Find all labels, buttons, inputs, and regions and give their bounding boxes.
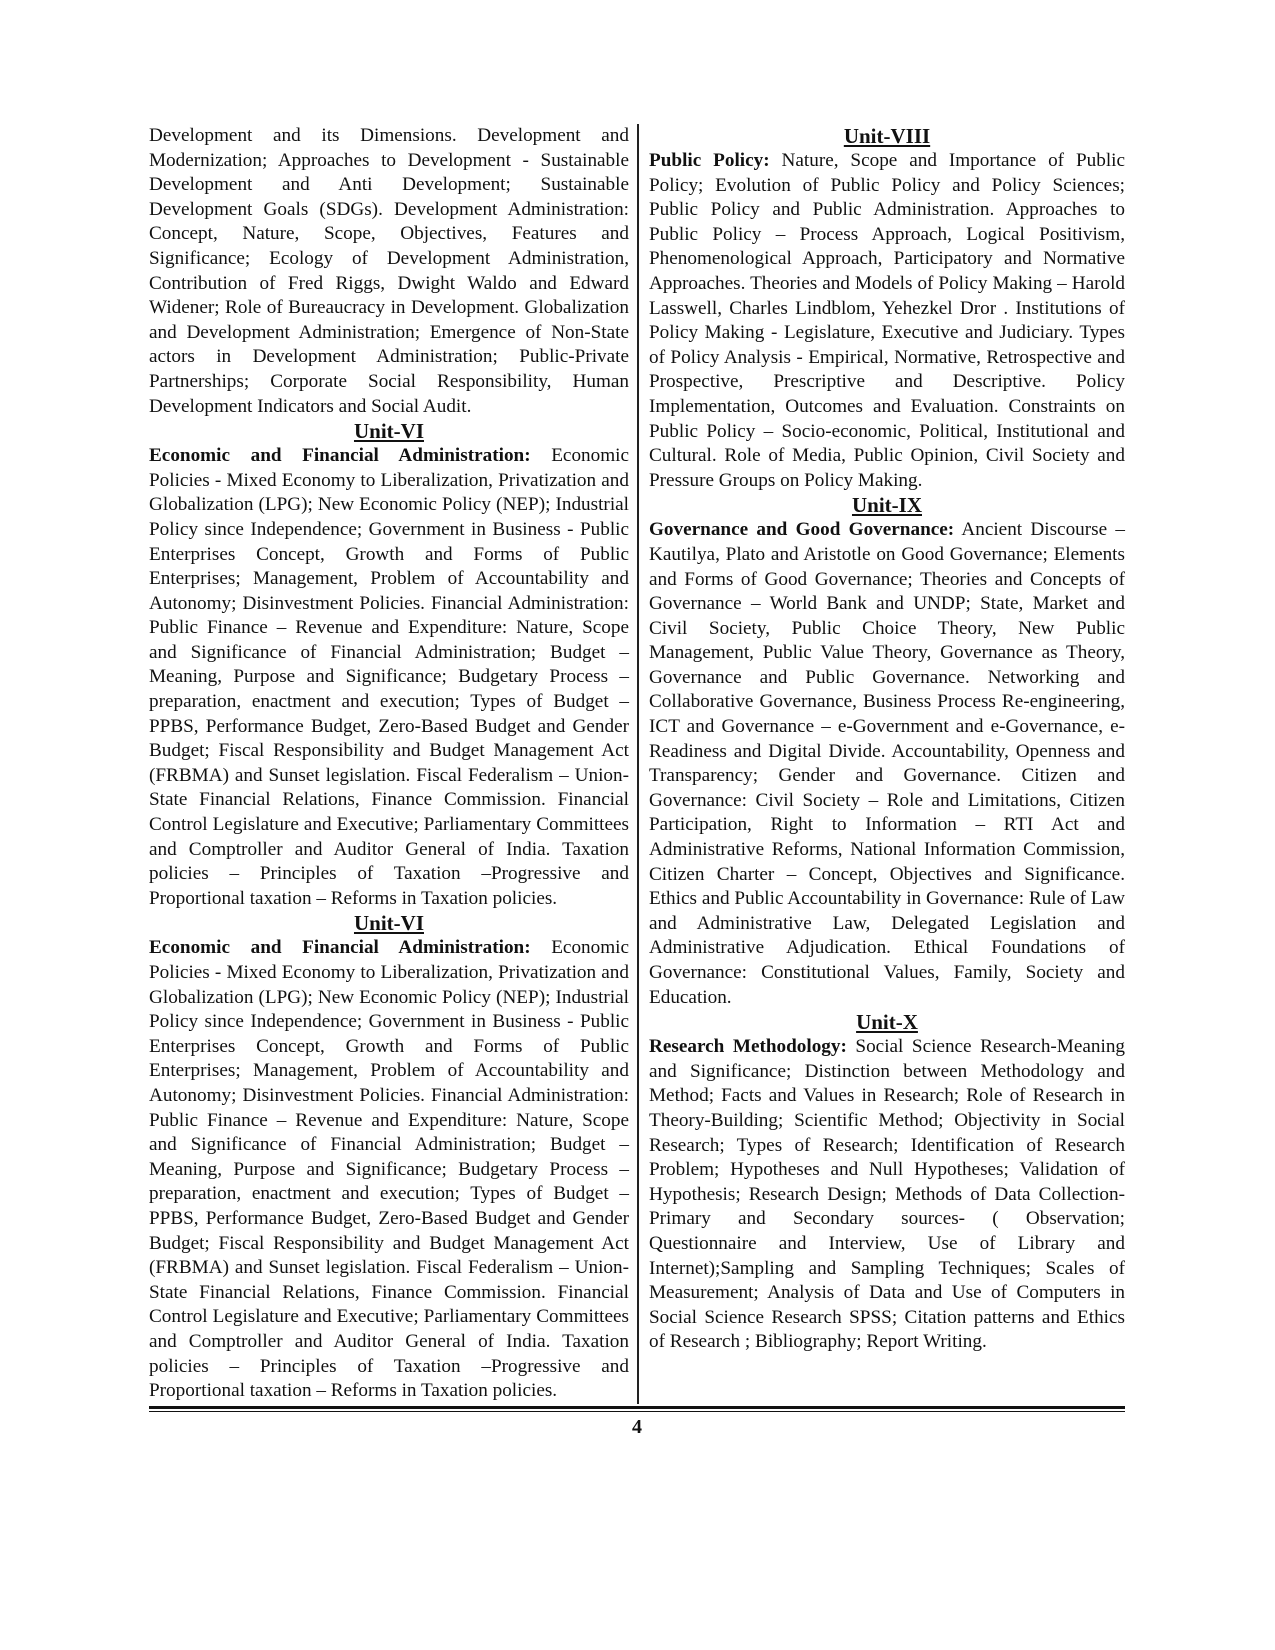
- unit-viii-paragraph: Public Policy: Nature, Scope and Importa…: [649, 149, 1125, 493]
- unit-ix-body: Ancient Discourse – Kautilya, Plato and …: [649, 519, 1125, 1007]
- unit-vi-heading: Unit-VI: [149, 419, 629, 444]
- unit-vi-body: Economic Policies - Mixed Economy to Lib…: [149, 445, 629, 909]
- unit-ix-heading: Unit-IX: [649, 493, 1125, 518]
- unit-x-heading: Unit-X: [649, 1010, 1125, 1035]
- intro-paragraph: Development and its Dimensions. Developm…: [149, 124, 629, 419]
- two-column-layout: Development and its Dimensions. Developm…: [149, 124, 1125, 1404]
- unit-vi-repeat-lead: Economic and Financial Administration:: [149, 937, 531, 958]
- unit-viii-heading: Unit-VIII: [649, 124, 1125, 149]
- unit-x-paragraph: Research Methodology: Social Science Res…: [649, 1035, 1125, 1355]
- unit-x-body: Social Science Research-Meaning and Sign…: [649, 1036, 1125, 1352]
- unit-x-lead: Research Methodology:: [649, 1036, 847, 1057]
- unit-viii-lead: Public Policy:: [649, 150, 770, 171]
- unit-vi-repeat-body: Economic Policies - Mixed Economy to Lib…: [149, 937, 629, 1401]
- unit-vi-repeat-heading: Unit-VI: [149, 911, 629, 936]
- unit-ix-lead: Governance and Good Governance:: [649, 519, 954, 540]
- unit-vi-lead: Economic and Financial Administration:: [149, 445, 531, 466]
- unit-vi-repeat-paragraph: Economic and Financial Administration: E…: [149, 936, 629, 1403]
- footer-divider: [149, 1406, 1125, 1412]
- unit-ix-paragraph: Governance and Good Governance: Ancient …: [649, 518, 1125, 1010]
- right-column: Unit-VIII Public Policy: Nature, Scope a…: [637, 124, 1125, 1404]
- unit-viii-body: Nature, Scope and Importance of Public P…: [649, 150, 1125, 491]
- page-number: 4: [149, 1416, 1125, 1439]
- document-page: Development and its Dimensions. Developm…: [149, 124, 1125, 1439]
- left-column: Development and its Dimensions. Developm…: [149, 124, 637, 1404]
- unit-vi-paragraph: Economic and Financial Administration: E…: [149, 444, 629, 911]
